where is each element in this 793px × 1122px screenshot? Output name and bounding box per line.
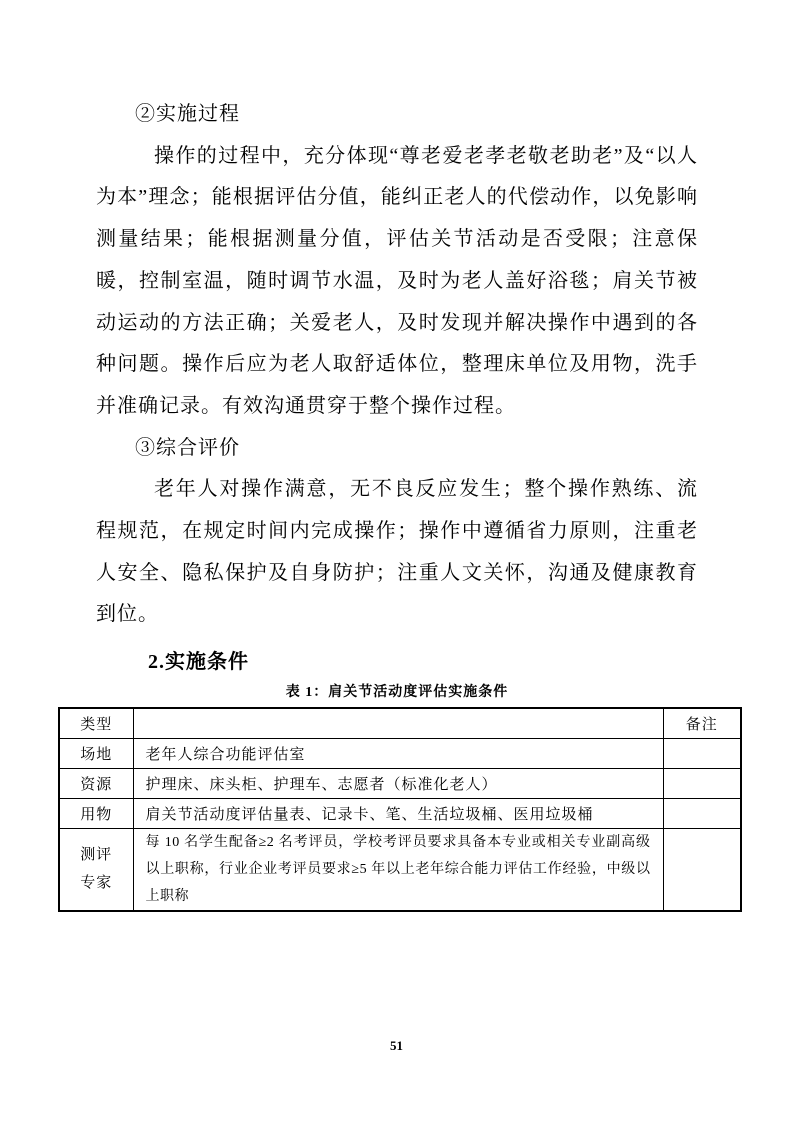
cell-note-supplies <box>663 798 741 828</box>
header-cell-content <box>133 708 663 738</box>
header-cell-note: 备注 <box>663 708 741 738</box>
table-row-resources: 资源 护理床、床头柜、护理车、志愿者（标准化老人） <box>59 768 741 798</box>
cell-type-venue: 场地 <box>59 738 133 768</box>
paragraph-comprehensive-evaluation: 老年人对操作满意，无不良反应发生；整个操作熟练、流程规范，在规定时间内完成操作；… <box>96 469 698 636</box>
table-caption: 表 1：肩关节活动度评估实施条件 <box>96 683 698 703</box>
cell-content-assessors: 每 10 名学生配备≥2 名考评员，学校考评员要求具备本专业或相关专业副高级以上… <box>133 828 663 911</box>
top-margin <box>96 0 698 94</box>
heading-implementation-process: ②实施过程 <box>96 94 698 136</box>
cell-type-supplies: 用物 <box>59 798 133 828</box>
implementation-conditions-table: 类型 备注 场地 老年人综合功能评估室 资源 护理床、床头柜、护理车、志愿者（标… <box>58 707 742 912</box>
table-row-assessors: 测评专家 每 10 名学生配备≥2 名考评员，学校考评员要求具备本专业或相关专业… <box>59 828 741 911</box>
document-content: ②实施过程 操作的过程中，充分体现“尊老爱老孝老敬老助老”及“以人为本”理念；能… <box>96 0 698 912</box>
cell-content-supplies: 肩关节活动度评估量表、记录卡、笔、生活垃圾桶、医用垃圾桶 <box>133 798 663 828</box>
header-cell-type: 类型 <box>59 708 133 738</box>
paragraph-implementation-process: 操作的过程中，充分体现“尊老爱老孝老敬老助老”及“以人为本”理念；能根据评估分值… <box>96 136 698 428</box>
cell-note-resources <box>663 768 741 798</box>
table-row-supplies: 用物 肩关节活动度评估量表、记录卡、笔、生活垃圾桶、医用垃圾桶 <box>59 798 741 828</box>
cell-note-assessors <box>663 828 741 911</box>
cell-type-resources: 资源 <box>59 768 133 798</box>
cell-type-assessors: 测评专家 <box>59 828 133 911</box>
document-page: ②实施过程 操作的过程中，充分体现“尊老爱老孝老敬老助老”及“以人为本”理念；能… <box>0 0 793 1122</box>
page-number: 51 <box>0 1038 793 1054</box>
table-header-row: 类型 备注 <box>59 708 741 738</box>
heading-comprehensive-evaluation: ③综合评价 <box>96 428 698 470</box>
cell-content-resources: 护理床、床头柜、护理车、志愿者（标准化老人） <box>133 768 663 798</box>
cell-content-venue: 老年人综合功能评估室 <box>133 738 663 768</box>
section-title-implementation-conditions: 2.实施条件 <box>96 647 698 677</box>
table-row-venue: 场地 老年人综合功能评估室 <box>59 738 741 768</box>
cell-note-venue <box>663 738 741 768</box>
